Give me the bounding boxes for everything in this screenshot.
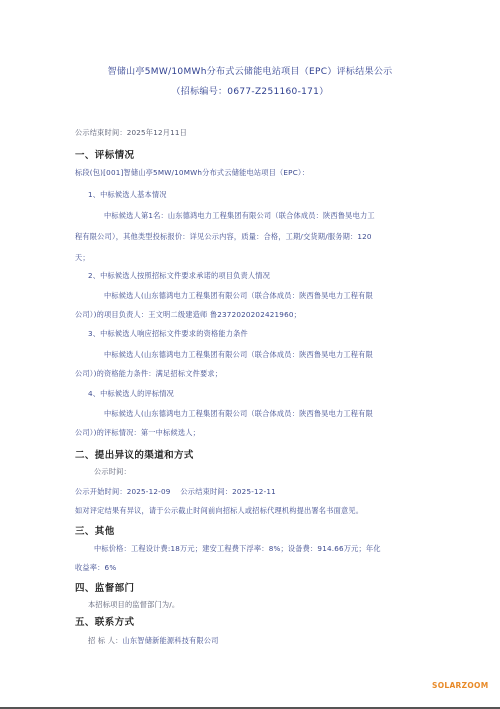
sub1-heading: 1、中标候选人基本情况 xyxy=(88,190,448,200)
bid-price-line1: 中标价格：工程设计费:18万元；建安工程费下浮率：8%；设备费：914.66万元… xyxy=(94,544,454,554)
notice-time-label: 公示时间： xyxy=(94,467,454,477)
page-title: 智储山亭5MW/10MWh分布式云储能电站项目（EPC）评标结果公示 xyxy=(0,64,500,77)
notice-time-range: 公示开始时间：2025-12-09 公示结束时间：2025-12-11 xyxy=(75,487,435,497)
tenderer-row: 招 标 人：山东智储新能源科技有限公司 xyxy=(88,636,448,646)
sub3-body-line2: 公司）)的资格能力条件：满足招标文件要求； xyxy=(75,369,435,379)
section3-heading: 三、其他 xyxy=(75,523,115,537)
solarzoom-watermark: SOLARZOOM xyxy=(432,681,489,690)
supervision-body: 本招标项目的监督部门为/。 xyxy=(88,600,448,610)
lot-title: 标段(包)[001]智储山亭5MW/10MWh分布式云储能电站项目（EPC）： xyxy=(75,168,435,178)
section5-heading: 五、联系方式 xyxy=(75,614,134,628)
sub1-body-line3: 天； xyxy=(75,253,435,263)
section1-heading: 一、评标情况 xyxy=(75,147,134,161)
sub2-body-line2: 公司）)的项目负责人：王文明二级建造师 鲁2372020202421960； xyxy=(75,310,435,320)
announcement-page: 智储山亭5MW/10MWh分布式云储能电站项目（EPC）评标结果公示 （招标编号… xyxy=(0,0,500,709)
sub1-body-line2: 程有限公司），其他类型投标报价：详见公示内容，质量：合格，工期/交货期/服务期：… xyxy=(75,232,435,242)
section4-heading: 四、监督部门 xyxy=(75,580,134,594)
sub4-heading: 4、中标候选人的评标情况 xyxy=(88,389,448,399)
section2-heading: 二、提出异议的渠道和方式 xyxy=(75,447,194,461)
sub4-body-line1: 中标候选人(山东德鸿电力工程集团有限公司（联合体成员：陕西鲁昊电力工程有限 xyxy=(104,409,464,419)
sub3-heading: 3、中标候选人响应招标文件要求的资格能力条件 xyxy=(88,329,448,339)
sub3-body-line1: 中标候选人(山东德鸿电力工程集团有限公司（联合体成员：陕西鲁昊电力工程有限 xyxy=(104,350,464,360)
sub1-body-line1: 中标候选人第1名：山东德鸿电力工程集团有限公司（联合体成员：陕西鲁昊电力工 xyxy=(104,211,464,221)
tender-number: （招标编号：0677-Z251160-171） xyxy=(0,84,500,97)
objection-note: 如对评定结果有异议，请于公示截止时间前向招标人或招标代理机构提出署名书面意见。 xyxy=(75,506,435,516)
notice-end-time: 公示结束时间：2025年12月11日 xyxy=(75,128,435,138)
tenderer-value: 山东智储新能源科技有限公司 xyxy=(123,636,219,645)
sub2-heading: 2、中标候选人按照招标文件要求承诺的项目负责人情况 xyxy=(88,271,448,281)
sub4-body-line2: 公司）)的评标情况：第一中标候选人； xyxy=(75,428,435,438)
sub2-body-line1: 中标候选人(山东德鸿电力工程集团有限公司（联合体成员：陕西鲁昊电力工程有限 xyxy=(104,291,464,301)
tenderer-label: 招 标 人： xyxy=(88,636,123,645)
bid-price-line2: 收益率：6% xyxy=(75,563,435,573)
